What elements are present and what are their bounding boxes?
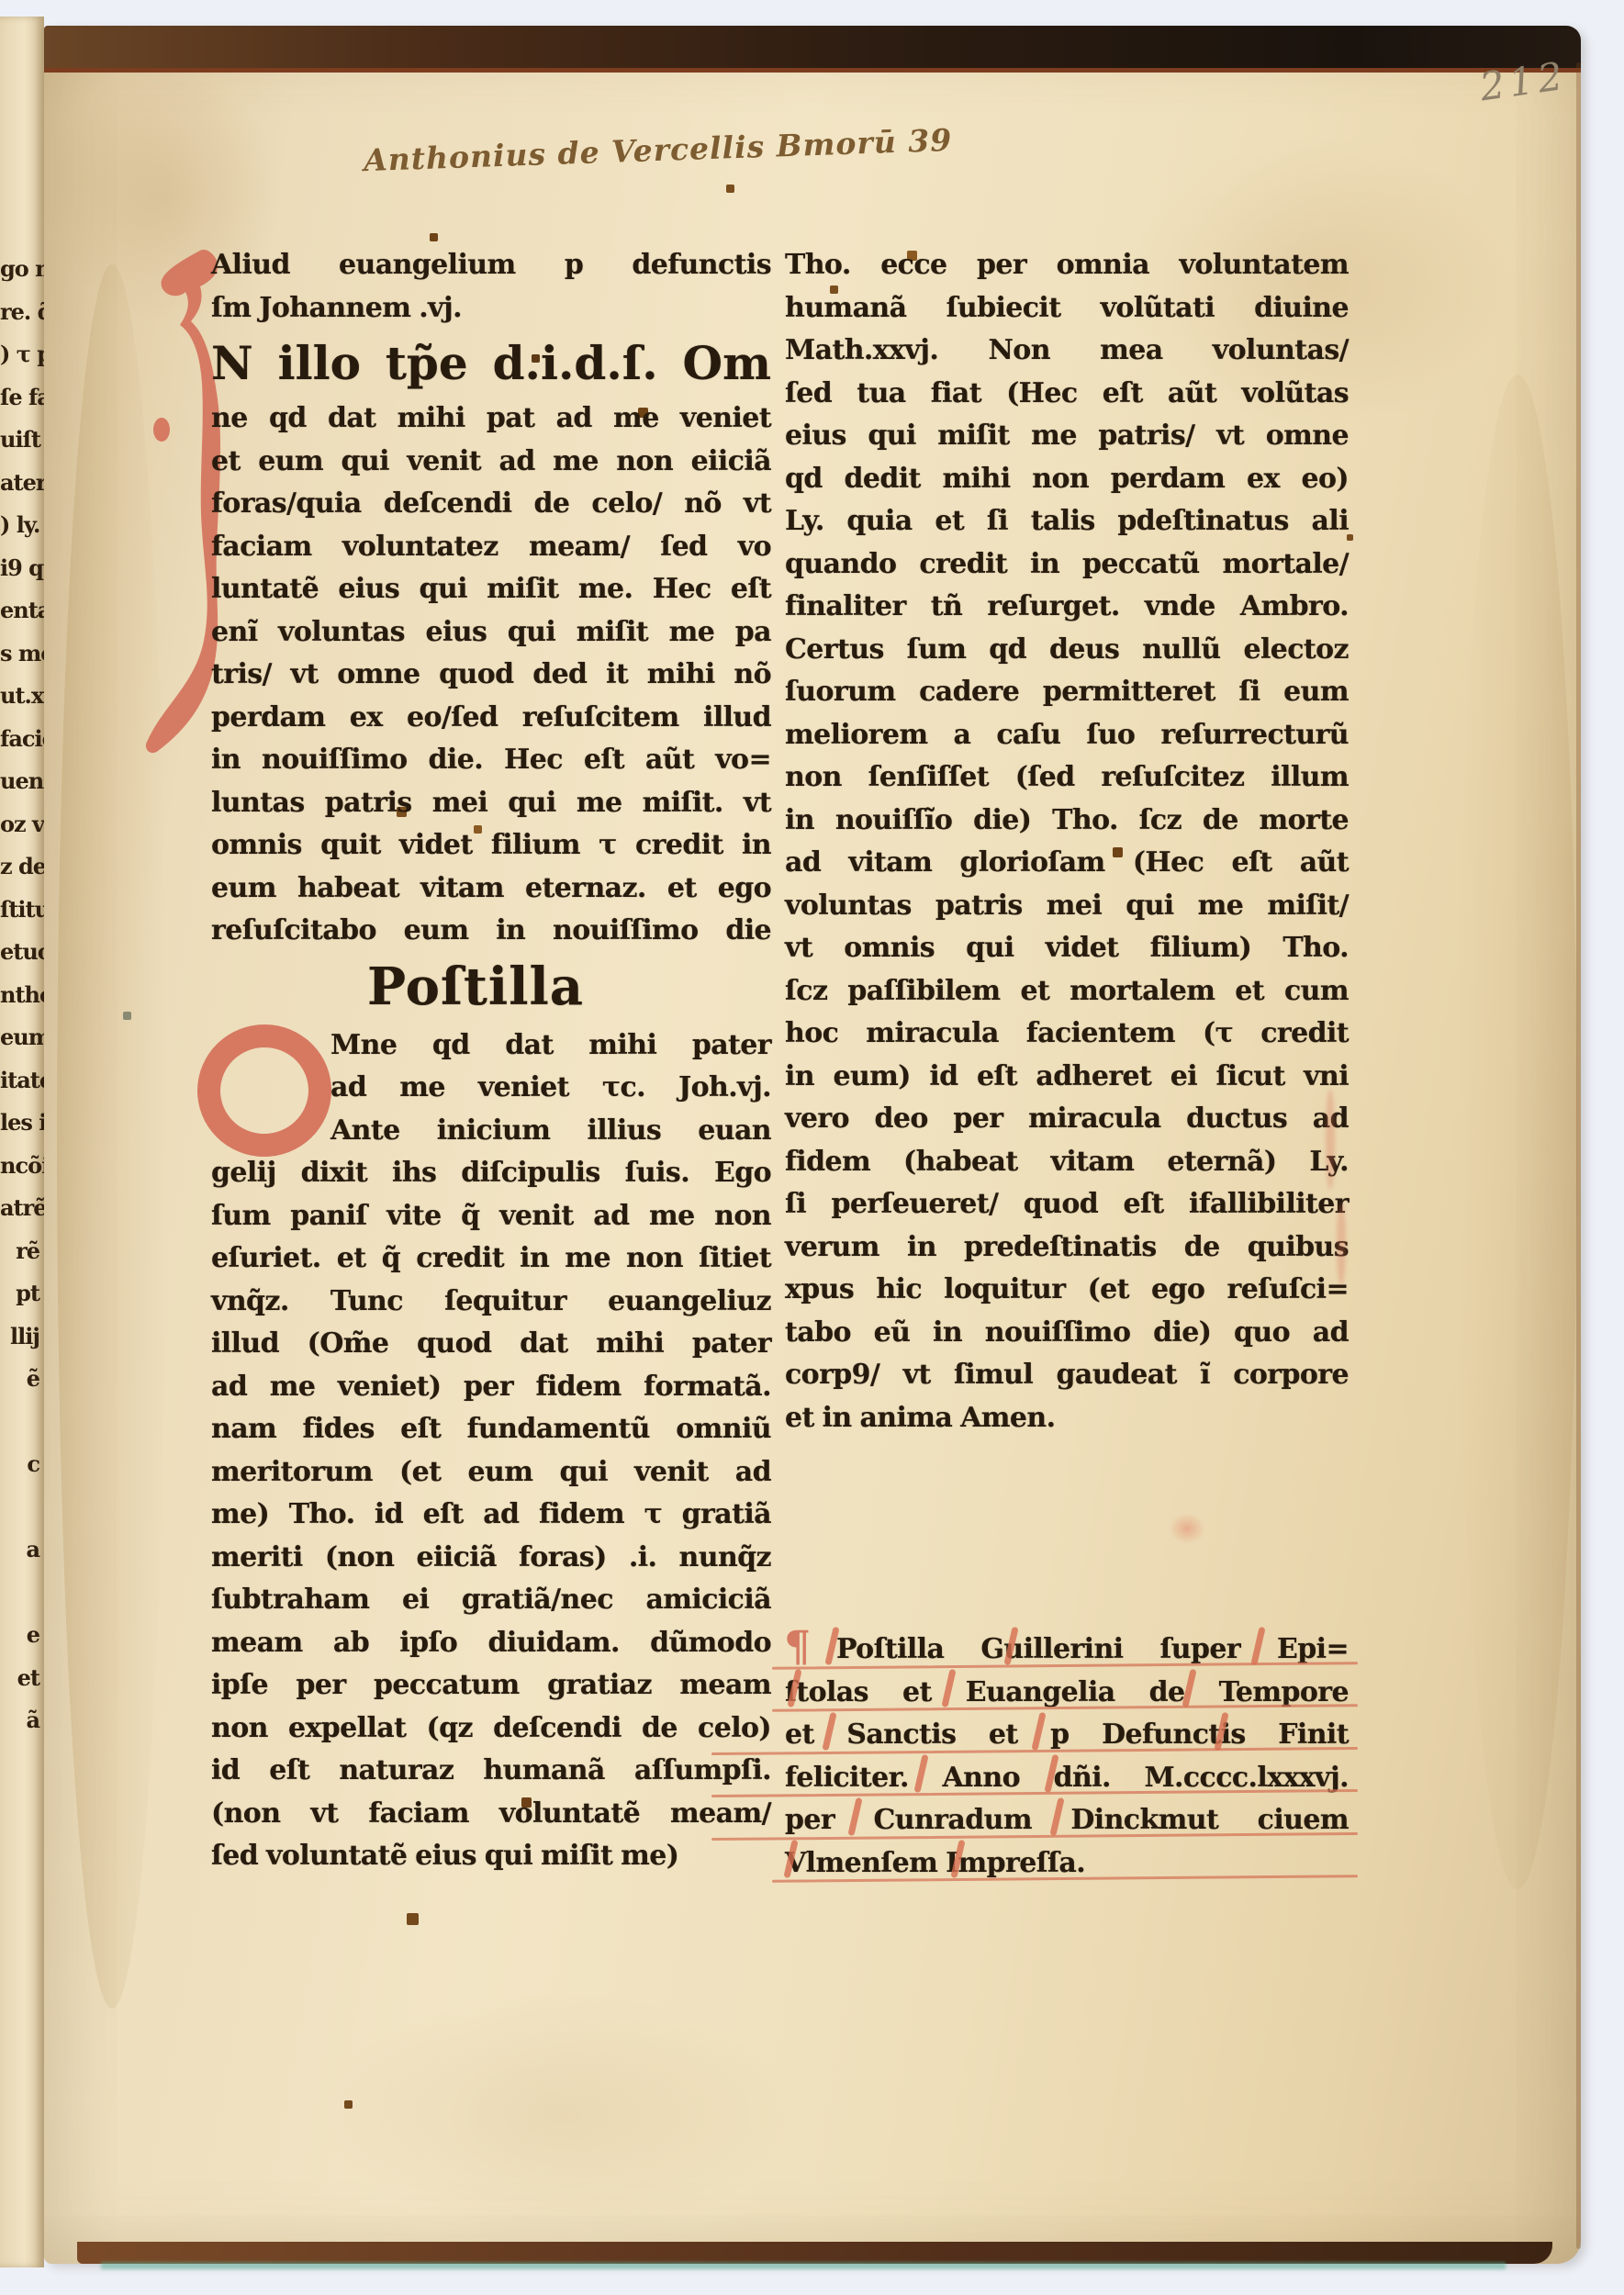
red-ink-offset [1337, 1203, 1346, 1285]
spine-fragment-line [0, 1401, 44, 1444]
incipit-line: N illo tp̃e d.i.d.ſ. Om [211, 330, 771, 397]
postilla-line: me) Tho. id eſt ad fidem τ gratiã [211, 1494, 771, 1537]
edge-stain [1458, 375, 1577, 1889]
spine-fragment-line: pt [0, 1272, 44, 1315]
page-bottom-dark-edge [77, 2242, 1552, 2264]
gospel-line: enĩ voluntas eius qui miſit me pa [211, 611, 771, 655]
commentary-line: finaliter tñ reſurget. vnde Ambro. [785, 586, 1349, 629]
postilla-line: meriti (non eiiciã foras) .i. nunq̃z [211, 1537, 771, 1580]
postilla-line: ſubtraham ei gratiã/nec amiciciã [211, 1579, 771, 1622]
postilla-heading: Poſtilla [211, 953, 771, 1024]
postilla-line: (non vt faciam voluntatẽ meam/ [211, 1793, 771, 1836]
postilla-line: gelij dixit ihs diſcipulis ſuis. Ego [211, 1152, 771, 1195]
postilla-text: gelij dixit ihs diſcipulis ſuis. Egoſum … [211, 1152, 771, 1878]
bottom-edge-shadow [101, 2262, 1506, 2269]
postilla-line: meam ab ipſo diuidam. dũmodo [211, 1622, 771, 1665]
photograph-of-incunabulum-page: go mre. q̃ ht) τ patiſe facituiſt euanat… [0, 0, 1624, 2295]
commentary-line: vero deo per miracula ductus ad [785, 1098, 1349, 1141]
postilla-line: non expellat (qz deſcendi de celo) [211, 1707, 771, 1751]
spine-fragment-line: etuoz [0, 931, 44, 974]
spine-fragment-line: ſtitu9 [0, 889, 44, 932]
right-text-column: Tho. ecce per omnia voluntatemhumanã ſub… [785, 244, 1349, 1439]
spine-fragment-line [0, 1486, 44, 1529]
colophon: Poſtilla Guillerini ſuper Epi=ſtolas et … [785, 1629, 1349, 1885]
postilla-dropcap-lines: Mne qd dat mihi paterad me veniet τc. Jo… [211, 1024, 771, 1153]
commentary-line: eius qui miſit me patris/ vt omne [785, 415, 1349, 458]
postilla-line: Mne qd dat mihi pater [330, 1024, 771, 1068]
commentary-line: ad vitam glorioſam (Hec eſt aũt [785, 842, 1349, 885]
spine-fragment-line: rẽ [0, 1230, 44, 1273]
commentary-line: verum in predeſtinatis de quibus [785, 1226, 1349, 1270]
spine-fragment-line: et [0, 1657, 44, 1700]
gospel-line: foras/quia deſcendi de celo/ nõ vt [211, 483, 771, 526]
spine-fragment-line: ut.xxvj [0, 675, 44, 718]
commentary-line: Math.xxvj. Non mea voluntas/ [785, 330, 1349, 373]
spine-fragment-line: c [0, 1443, 44, 1486]
postilla-line: illud (Om̃e quod dat mihi pater [211, 1323, 771, 1366]
gospel-line: tris/ vt omne quod ded it mihi nõ [211, 654, 771, 697]
spine-fragment-line: ntho [0, 974, 44, 1017]
commentary-line: vt omnis qui videt filium) Tho. [785, 927, 1349, 970]
spine-fragment-line [0, 1742, 44, 1786]
commentary-line: Certus ſum qd deus nullũ electoz [785, 629, 1349, 672]
postilla-line: ad me veniet τc. Joh.vj. [330, 1067, 771, 1110]
spine-fragment-line: ẽ [0, 1358, 44, 1401]
spine-fragment-line: itate [0, 1059, 44, 1103]
facing-page-sliver: go mre. q̃ ht) τ patiſe facituiſt euanat… [0, 17, 44, 2267]
book-page: Aliud euangelium p defunctisſm Johannem … [44, 26, 1581, 2264]
postilla-line: nam fides eſt fundamentũ omniũ [211, 1408, 771, 1451]
commentary-line: humanã ſubiecit volũtati diuine [785, 287, 1349, 330]
commentary-line: qd dedit mihi non perdam ex eo) [785, 458, 1349, 501]
spine-fragment-line: ater ſus [0, 462, 44, 505]
colophon-line: Vlmenſem Impreſſa. [785, 1842, 1349, 1886]
commentary-line: fidem (habeat vitam eternã) Ly. [785, 1141, 1349, 1184]
postilla-line: meritorum (et eum qui venit ad [211, 1451, 771, 1495]
spine-fragment-line: go m [0, 248, 44, 291]
spine-fragment-line: a [0, 1528, 44, 1572]
commentary-line: Ly. quia et ſi talis pdeſtinatus ali [785, 500, 1349, 543]
commentary-line: meliorem a caſu ſuo reſurrecturũ [785, 714, 1349, 757]
spine-fragment-line: ) ly. qd [0, 504, 44, 547]
gospel-text: ne qd dat mihi pat ad me venietet eum qu… [211, 397, 771, 953]
gospel-line: eum habeat vitam eternaz. et ego [211, 868, 771, 911]
commentary-line: xpus hic loquitur (et ego reſuſci= [785, 1269, 1349, 1312]
commentary-line: et in anima Amen. [785, 1397, 1349, 1440]
gospel-line: faciam voluntatez meam/ ſed vo [211, 526, 771, 569]
commentary-line: corp9/ vt ſimul gaudeat ĩ corpore [785, 1354, 1349, 1397]
gospel-line: reſuſcitabo eum in nouiſſimo die [211, 910, 771, 953]
spine-fragment-line: entaz ei [0, 589, 44, 633]
handwritten-page-number: 212 [1478, 57, 1570, 107]
gospel-line: luntas patris mei qui me miſit. vt [211, 782, 771, 825]
spine-fragment-line: ſe facit [0, 376, 44, 420]
colophon-line: feliciter. Anno dñi. M.cccc.lxxxvj. [785, 1757, 1349, 1800]
spine-fragment-line: ã [0, 1699, 44, 1742]
spine-fragment-line [0, 1572, 44, 1615]
commentary-line: ſi perſeueret/ quod eſt ifallibiliter [785, 1183, 1349, 1226]
postilla-line: vnq̃z. Tunc ſequitur euangeliuz [211, 1281, 771, 1324]
spine-fragment-line: e [0, 1614, 44, 1657]
spine-fragment-line: les in [0, 1102, 44, 1145]
spine-fragment-line: ncõi [0, 1145, 44, 1188]
postilla-line: ſum paniſ vite q̃ venit ad me non [211, 1195, 771, 1238]
gospel-line: et eum qui venit ad me non eiiciã [211, 441, 771, 484]
commentary-line: Tho. ecce per omnia voluntatem [785, 244, 1349, 287]
commentary-line: ſuorum cadere permitteret ſi eum [785, 671, 1349, 714]
bottom-stain [319, 1990, 797, 2238]
spine-fragment-line: z dedit [0, 845, 44, 889]
heading-line: ſm Johannem .vj. [211, 287, 771, 330]
spine-fragment-line: re. q̃ ht [0, 291, 44, 334]
commentary-line: non ſenſiſſet (ſed reſuſcitez illum [785, 756, 1349, 800]
spine-fragment-line: oz vna [0, 803, 44, 846]
spine-fragment-line: ) τ pati [0, 333, 44, 376]
spine-fragment-line: eum [0, 1016, 44, 1059]
spine-fragment-line: uiſt euan [0, 419, 44, 462]
page-top-dark-edge [44, 26, 1581, 73]
commentary-line: hoc miracula facientem (τ credit [785, 1013, 1349, 1056]
spine-fragment-line: atrẽ [0, 1187, 44, 1230]
gospel-line: in nouiſſimo die. Hec eſt aũt vo= [211, 739, 771, 782]
left-text-column: Aliud euangelium p defunctisſm Johannem … [211, 244, 771, 1878]
foxing-spots [44, 26, 45, 27]
colophon-line: per Cunradum Dinckmut ciuem [785, 1799, 1349, 1842]
gospel-line: ne qd dat mihi pat ad me veniet [211, 397, 771, 441]
spine-fragment-line: llij [0, 1315, 44, 1359]
colophon-line: ſtolas et Euangelia de Tempore [785, 1672, 1349, 1715]
heading-line: Aliud euangelium p defunctis [211, 244, 771, 287]
commentary-line: voluntas patris mei qui me miſit/ [785, 885, 1349, 928]
spine-fragment-line: i9 quod [0, 547, 44, 590]
postilla-line: ſed voluntatẽ eius qui miſit me) [211, 1835, 771, 1878]
postilla-line: eſuriet. et q̃ credit in me non ſitiet [211, 1237, 771, 1281]
postilla-line: Ante inicium illius euan [330, 1110, 771, 1153]
gospel-line: perdam ex eo/ſed reſuſcitem illud [211, 697, 771, 740]
postilla-line: ad me veniet) per fidem formatã. [211, 1366, 771, 1409]
gospel-line: luntatẽ eius qui miſit me. Hec eſt [211, 568, 771, 611]
red-ink-offset [1326, 1089, 1335, 1190]
red-ink-smudge [1169, 1513, 1205, 1544]
commentary-line: quando credit in peccatũ mortale/ [785, 543, 1349, 587]
postilla-line: ipſe per peccatum gratiaz meam [211, 1664, 771, 1707]
spine-text-fragments: go mre. q̃ ht) τ patiſe facituiſt euanat… [0, 17, 44, 1785]
postilla-line: id eſt naturaz humanã aſſumpſi. [211, 1750, 771, 1793]
spine-fragment-line: s moch [0, 633, 44, 676]
spine-fragment-line: faciem [0, 718, 44, 761]
spine-fragment-line: uenq̃z) [0, 760, 44, 803]
commentary-line: ſcz paſſibilem et mortalem et cum [785, 970, 1349, 1013]
commentary-line: tabo eũ in nouiſſimo die) quo ad [785, 1312, 1349, 1355]
commentary-line: in nouiſſĩo die) Tho. ſcz de morte [785, 800, 1349, 843]
left-column-heading: Aliud euangelium p defunctisſm Johannem … [211, 244, 771, 330]
colophon-line: et Sanctis et p Defunctis Finit [785, 1714, 1349, 1757]
commentary-line: ſed tua fiat (Hec eſt aũt volũtas [785, 373, 1349, 416]
gospel-line: omnis quit videt filium τ credit in [211, 824, 771, 868]
colophon-line: Poſtilla Guillerini ſuper Epi= [785, 1629, 1349, 1672]
commentary-line: in eum) id eſt adheret ei ſicut vni [785, 1056, 1349, 1099]
